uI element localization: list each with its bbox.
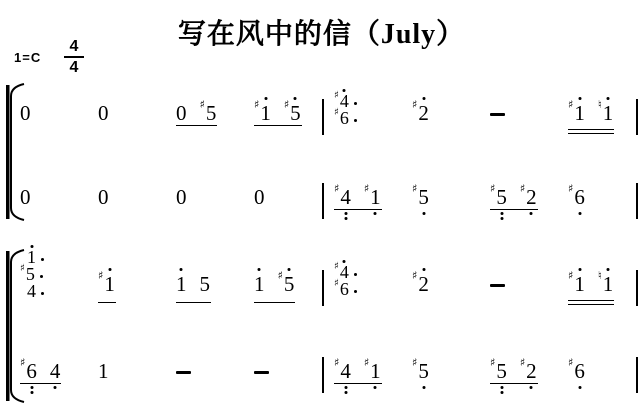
dash-note — [490, 284, 505, 287]
note: 0 — [98, 187, 109, 207]
barline — [636, 270, 638, 306]
note: ♮1 — [598, 103, 613, 123]
beamed-note-group: ♯4♯1 — [334, 187, 381, 207]
octave-dot-below — [500, 386, 503, 389]
staff-row: 000♯5♯1♯5♯4♯6♯2♯1♮1 — [10, 103, 638, 135]
beat-group: 1♯54 — [20, 274, 44, 300]
note: ♯5 — [412, 187, 429, 207]
measure: ♯4♯1♯5♯5♯2♯6 — [324, 361, 636, 381]
note-digit: 2 — [418, 103, 429, 123]
barline — [636, 99, 638, 135]
beat-group: ♯5 — [412, 361, 429, 381]
beamed-note-group: ♯5♯2 — [490, 187, 537, 207]
beat-group: ♯2 — [412, 103, 429, 127]
accidental-sharp-icon: ♯ — [520, 357, 525, 369]
beat: 1♯54 — [10, 274, 88, 300]
beat: ♯1 — [88, 274, 166, 300]
note-digit: 0 — [176, 103, 187, 123]
note: ♯1 — [364, 361, 381, 381]
beat-group — [254, 361, 269, 381]
note-digit: 1 — [104, 274, 115, 294]
note-digit: 0 — [20, 103, 31, 123]
octave-dot-below — [344, 212, 347, 215]
fraction-bar — [64, 56, 84, 58]
note-digit: 1 — [370, 187, 381, 207]
note-digit: 1 — [574, 103, 585, 123]
note-digit: 5 — [418, 187, 429, 207]
beat: 0 — [10, 103, 88, 123]
octave-dot-below — [500, 217, 503, 220]
beat — [244, 361, 322, 381]
note: ♯2 — [412, 274, 429, 294]
note: 4 — [20, 283, 44, 300]
note-digit: 5 — [496, 361, 507, 381]
note-digit: 4 — [340, 187, 351, 207]
octave-dot-above — [343, 260, 346, 263]
accidental-sharp-icon: ♯ — [364, 357, 369, 369]
note-digit: 0 — [98, 103, 109, 123]
octave-dot-above — [258, 268, 261, 271]
note-digit: 5 — [284, 274, 295, 294]
staff-row: ♯641♯4♯1♯5♯5♯2♯6 — [10, 361, 638, 393]
accidental-sharp-icon: ♯ — [412, 270, 417, 282]
beat-group: ♯5 — [412, 187, 429, 207]
accidental-sharp-icon: ♯ — [334, 278, 339, 290]
beat: 0 — [244, 187, 322, 207]
note: ♯6 — [568, 187, 585, 207]
accidental-sharp-icon: ♯ — [200, 99, 205, 111]
note: 0 — [254, 187, 265, 207]
accidental-sharp-icon: ♯ — [284, 99, 289, 111]
note-digit: 2 — [526, 187, 537, 207]
accidental-sharp-icon: ♯ — [568, 357, 573, 369]
octave-dot-above — [264, 97, 267, 100]
beat-group — [490, 274, 505, 298]
accidental-sharp-icon: ♯ — [20, 357, 25, 369]
measure: ♯4♯1♯5♯5♯2♯6 — [324, 187, 636, 207]
note-digit: 0 — [98, 187, 109, 207]
measure: ♯4♯6♯2♯1♮1 — [324, 274, 636, 298]
beat-group: 0 — [20, 103, 31, 123]
accidental-sharp-icon: ♯ — [490, 357, 495, 369]
time-denominator: 4 — [62, 59, 86, 76]
accidental-sharp-icon: ♯ — [412, 99, 417, 111]
note: 5 — [200, 274, 211, 294]
accidental-sharp-icon: ♯ — [20, 263, 25, 275]
beat-group: ♯4♯6 — [334, 103, 357, 127]
measure: 0000 — [10, 187, 322, 207]
note: 0 — [98, 103, 109, 123]
beat-group: ♯4♯6 — [334, 274, 357, 298]
beat: ♯2 — [402, 103, 480, 127]
note-digit: 4 — [340, 361, 351, 381]
accidental-sharp-icon: ♯ — [334, 90, 339, 102]
beat-group: 1 — [98, 361, 109, 381]
note-digit: 1 — [370, 361, 381, 381]
octave-dot-below — [374, 386, 377, 389]
staff-row: 0000♯4♯1♯5♯5♯2♯6 — [10, 187, 638, 219]
beat: ♯1♮1 — [558, 274, 636, 298]
chord: ♯4♯6 — [334, 93, 357, 127]
note-digit: 1 — [574, 274, 585, 294]
octave-dot-above — [607, 268, 610, 271]
note-digit: 4 — [27, 283, 36, 300]
octave-dot-below — [54, 386, 57, 389]
beat: 0 — [166, 187, 244, 207]
measure: ♯4♯6♯2♯1♮1 — [324, 103, 636, 127]
beat-group: 0 — [20, 187, 31, 207]
measure: ♯641 — [10, 361, 322, 381]
accidental-sharp-icon: ♯ — [568, 183, 573, 195]
note: 1 — [254, 274, 265, 294]
augmentation-dot — [354, 119, 357, 122]
octave-dot-above — [578, 97, 581, 100]
beat: ♯6 — [558, 361, 636, 381]
beat: ♯5 — [402, 187, 480, 207]
beat: ♯4♯6 — [324, 103, 402, 127]
accidental-sharp-icon: ♯ — [334, 107, 339, 119]
note-digit: 2 — [526, 361, 537, 381]
note: ♯6 — [568, 361, 585, 381]
note-digit: 5 — [496, 187, 507, 207]
beat-group: ♯6 — [568, 187, 585, 207]
note: ♯6 — [334, 281, 357, 298]
note-digit: 1 — [260, 103, 271, 123]
octave-dot-above — [180, 268, 183, 271]
note: ♯1 — [568, 274, 585, 294]
note-digit: 0 — [254, 187, 265, 207]
beat-group — [490, 103, 505, 127]
dash-note — [254, 371, 269, 374]
beamed-note-group: 1♯5 — [254, 274, 294, 300]
note: ♯6 — [334, 110, 357, 127]
accidental-sharp-icon: ♯ — [98, 270, 103, 282]
beamed-note-group: ♯5♯2 — [490, 361, 537, 381]
beat: ♯6 — [558, 187, 636, 207]
beat-group: 0 — [254, 187, 265, 207]
beat: ♯5♯2 — [480, 187, 558, 207]
octave-dot-above — [422, 268, 425, 271]
accidental-sharp-icon: ♯ — [278, 270, 283, 282]
accidental-sharp-icon: ♯ — [490, 183, 495, 195]
note: ♯2 — [412, 103, 429, 123]
octave-dot-above — [422, 97, 425, 100]
time-numerator: 4 — [62, 38, 86, 55]
octave-dot-below — [500, 391, 503, 394]
note: 1 — [98, 361, 109, 381]
note-digit: 1 — [603, 103, 614, 123]
note: ♯5 — [200, 103, 217, 123]
beat: ♯4♯1 — [324, 361, 402, 381]
octave-dot-below — [422, 386, 425, 389]
beat: 15 — [166, 274, 244, 300]
octave-dot-above — [108, 268, 111, 271]
beat: 0♯5 — [166, 103, 244, 123]
accidental-sharp-icon: ♯ — [520, 183, 525, 195]
time-signature: 4 4 — [62, 38, 86, 76]
note: ♯2 — [520, 361, 537, 381]
measure: 1♯54♯1151♯5 — [10, 274, 322, 300]
note: ♯4 — [334, 187, 351, 207]
note: ♯5 — [490, 187, 507, 207]
accidental-natural-icon: ♮ — [598, 270, 602, 282]
beat: ♯2 — [402, 274, 480, 298]
note-digit: 5 — [206, 103, 217, 123]
beat-group: 0 — [98, 103, 109, 123]
beamed-note-group: 0♯5 — [176, 103, 216, 123]
note-digit: 5 — [200, 274, 211, 294]
dash-note — [490, 113, 505, 116]
octave-dot-below — [30, 391, 33, 394]
octave-dot-below — [344, 217, 347, 220]
octave-dot-above — [30, 245, 33, 248]
barline — [636, 357, 638, 393]
note-digit: 6 — [26, 361, 37, 381]
note: ♯5 — [490, 361, 507, 381]
chord: ♯4♯6 — [334, 264, 357, 298]
note: 4 — [50, 361, 61, 381]
note-digit: 4 — [50, 361, 61, 381]
dash-note — [176, 371, 191, 374]
beamed-note-group: ♯1♯5 — [254, 103, 301, 123]
octave-dot-above — [294, 97, 297, 100]
note-digit: 1 — [254, 274, 265, 294]
note: ♯5 — [284, 103, 301, 123]
beamed-note-group: ♯64 — [20, 361, 60, 381]
note-digit: 2 — [418, 274, 429, 294]
note: ♯1 — [364, 187, 381, 207]
note: 0 — [20, 187, 31, 207]
beat: 0 — [88, 187, 166, 207]
note: ♯1 — [98, 274, 115, 294]
beat: ♯1♯5 — [244, 103, 322, 123]
octave-dot-above — [607, 97, 610, 100]
octave-dot-below — [500, 212, 503, 215]
note: ♯1 — [254, 103, 271, 123]
note-digit: 0 — [176, 187, 187, 207]
beat: ♯5 — [402, 361, 480, 381]
beamed-note-group: ♯1 — [98, 274, 115, 300]
octave-dot-above — [343, 89, 346, 92]
octave-dot-below — [530, 386, 533, 389]
staff-row: 1♯54♯1151♯5♯4♯6♯2♯1♮1 — [10, 274, 638, 306]
note: ♯1 — [568, 103, 585, 123]
accidental-natural-icon: ♮ — [598, 99, 602, 111]
beat-group: 0 — [176, 187, 187, 207]
beat — [480, 103, 558, 127]
note-digit: 0 — [20, 187, 31, 207]
beat: 1♯5 — [244, 274, 322, 300]
accidental-sharp-icon: ♯ — [568, 270, 573, 282]
beat-group: ♯6 — [568, 361, 585, 381]
barline — [636, 183, 638, 219]
beat: ♯1♮1 — [558, 103, 636, 127]
key-signature: 1=C — [14, 50, 41, 65]
beat: ♯64 — [10, 361, 88, 381]
beamed-note-group: 15 — [176, 274, 210, 300]
beat: 0 — [88, 103, 166, 123]
note-digit: 6 — [340, 281, 349, 298]
note: 0 — [176, 103, 187, 123]
accidental-sharp-icon: ♯ — [334, 183, 339, 195]
octave-dot-below — [344, 386, 347, 389]
augmentation-dot — [354, 290, 357, 293]
accidental-sharp-icon: ♯ — [254, 99, 259, 111]
note: 0 — [176, 187, 187, 207]
note-digit: 5 — [418, 361, 429, 381]
beat: ♯4♯1 — [324, 187, 402, 207]
note-digit: 1 — [603, 274, 614, 294]
note-digit: 6 — [340, 110, 349, 127]
accidental-sharp-icon: ♯ — [412, 183, 417, 195]
beamed-note-group: ♯4♯1 — [334, 361, 381, 381]
augmentation-dot — [354, 102, 357, 105]
octave-dot-below — [578, 212, 581, 215]
beat-group: ♯2 — [412, 274, 429, 298]
accidental-sharp-icon: ♯ — [334, 357, 339, 369]
beat: ♯4♯6 — [324, 274, 402, 298]
note: ♯5 — [412, 361, 429, 381]
octave-dot-below — [374, 212, 377, 215]
octave-dot-below — [30, 386, 33, 389]
chord: 1♯54 — [20, 249, 44, 300]
augmentation-dot — [354, 273, 357, 276]
note: 0 — [20, 103, 31, 123]
note: 1 — [176, 274, 187, 294]
augmentation-dot — [41, 292, 44, 295]
note: ♯2 — [520, 187, 537, 207]
octave-dot-below — [530, 212, 533, 215]
note: ♯6 — [20, 361, 37, 381]
note: ♯4 — [334, 361, 351, 381]
note-digit: 6 — [574, 361, 585, 381]
octave-dot-above — [288, 268, 291, 271]
accidental-sharp-icon: ♯ — [568, 99, 573, 111]
beat: ♯5♯2 — [480, 361, 558, 381]
accidental-sharp-icon: ♯ — [364, 183, 369, 195]
sheet-music-page: 写在风中的信（July） 1=C 4 4 000♯5♯1♯5♯4♯6♯2♯1♮1… — [0, 0, 643, 408]
augmentation-dot — [41, 258, 44, 261]
beat — [166, 361, 244, 381]
beat — [480, 274, 558, 298]
note: ♯5 — [278, 274, 295, 294]
beat: 1 — [88, 361, 166, 381]
beat-group — [176, 361, 191, 381]
note-digit: 6 — [574, 187, 585, 207]
beat-group: 0 — [98, 187, 109, 207]
note-digit: 1 — [98, 361, 109, 381]
score-title: 写在风中的信（July） — [0, 12, 643, 52]
octave-dot-above — [578, 268, 581, 271]
beamed-note-group: ♯1♮1 — [568, 103, 613, 127]
note-digit: 5 — [290, 103, 301, 123]
octave-dot-below — [422, 212, 425, 215]
octave-dot-below — [578, 386, 581, 389]
note-digit: 1 — [176, 274, 187, 294]
measure: 000♯5♯1♯5 — [10, 103, 322, 123]
note: ♮1 — [598, 274, 613, 294]
augmentation-dot — [40, 275, 43, 278]
octave-dot-below — [344, 391, 347, 394]
accidental-sharp-icon: ♯ — [334, 261, 339, 273]
accidental-sharp-icon: ♯ — [412, 357, 417, 369]
beat: 0 — [10, 187, 88, 207]
beamed-note-group: ♯1♮1 — [568, 274, 613, 298]
